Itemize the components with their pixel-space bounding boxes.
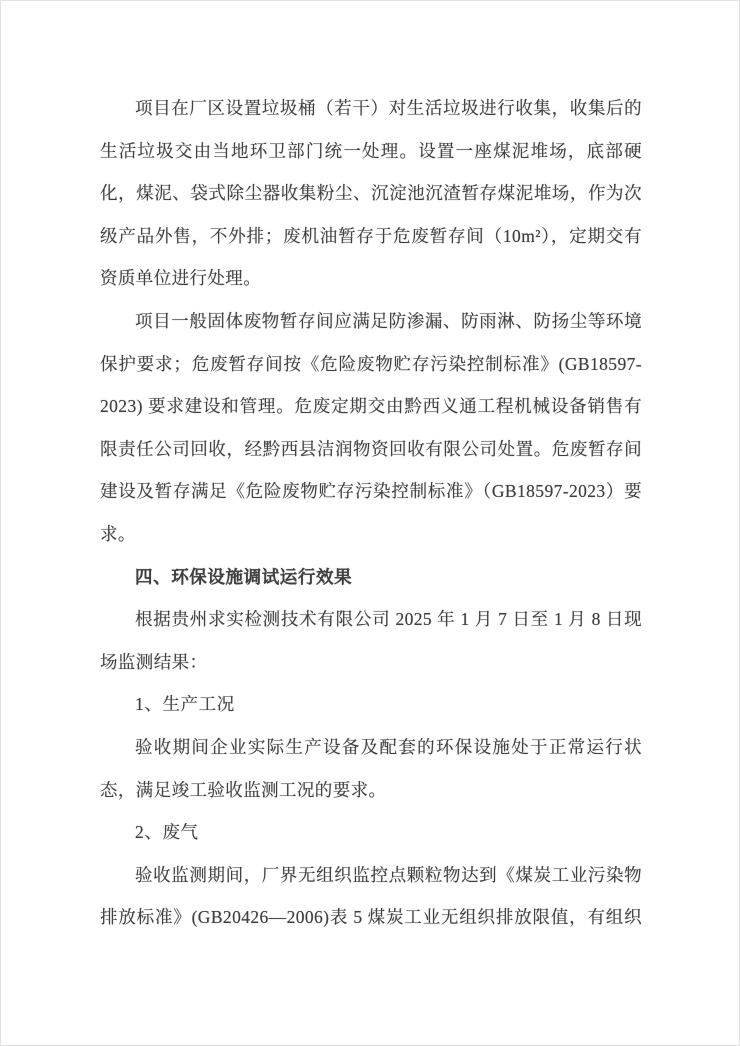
paragraph-monitoring-basis: 根据贵州求实检测技术有限公司 2025 年 1 月 7 日至 1 月 8 日现场… <box>100 598 642 683</box>
document-content: 项目在厂区设置垃圾桶（若干）对生活垃圾进行收集，收集后的生活垃圾交由当地环卫部门… <box>100 87 642 939</box>
paragraph-waste-collection: 项目在厂区设置垃圾桶（若干）对生活垃圾进行收集，收集后的生活垃圾交由当地环卫部门… <box>100 87 642 300</box>
paragraph-waste-gas: 验收监测期间，厂界无组织监控点颗粒物达到《煤炭工业污染物排放标准》(GB2042… <box>100 854 642 939</box>
subheading-production-condition: 1、生产工况 <box>100 683 642 726</box>
paragraph-production-condition: 验收期间企业实际生产设备及配套的环保设施处于正常运行状态，满足竣工验收监测工况的… <box>100 726 642 811</box>
section-heading-env-facility-effect: 四、环保设施调试运行效果 <box>100 556 642 599</box>
subheading-waste-gas: 2、废气 <box>100 811 642 854</box>
document-page: 项目在厂区设置垃圾桶（若干）对生活垃圾进行收集，收集后的生活垃圾交由当地环卫部门… <box>0 0 740 1046</box>
paragraph-hazardous-waste-storage: 项目一般固体废物暂存间应满足防渗漏、防雨淋、防扬尘等环境保护要求；危废暂存间按《… <box>100 300 642 556</box>
